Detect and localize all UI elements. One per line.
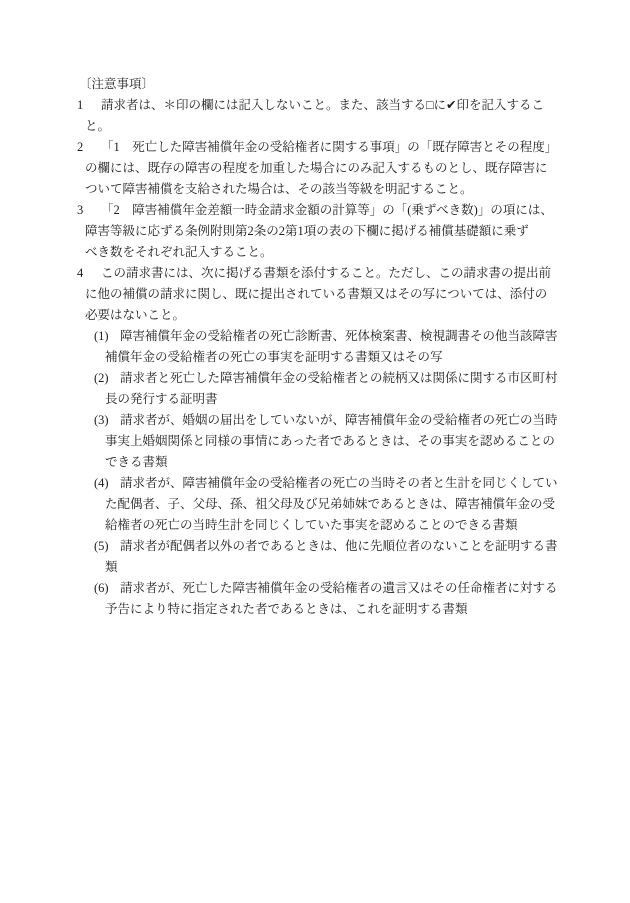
notes-section: 〔注意事項〕 1請求者は、＊印の欄には記入しないこと。また、該当する□に✔印を記…: [0, 74, 630, 620]
note-item: 3「2 障害補償年金差額一時金請求金額の計算等」の「(乗ずべき数)」の項には、障…: [0, 200, 630, 263]
note-line: (4)請求者が、障害補償年金の受給権者の死亡の当時その者と生計を同じくしてい: [0, 473, 630, 494]
note-marker: 1: [77, 95, 83, 116]
note-line: 補償年金の受給権者の死亡の事実を証明する書類又はその写: [0, 347, 630, 368]
note-marker: (5): [94, 536, 109, 557]
note-subitem: (4)請求者が、障害補償年金の受給権者の死亡の当時その者と生計を同じくしていた配…: [0, 473, 630, 536]
note-line: (6)請求者が、死亡した障害補償年金の受給権者の遺言又はその任命権者に対する: [0, 578, 630, 599]
document-page: 〔注意事項〕 1請求者は、＊印の欄には記入しないこと。また、該当する□に✔印を記…: [0, 0, 630, 903]
note-line: 長の発行する証明書: [0, 389, 630, 410]
note-item: 4この請求書には、次に掲げる書類を添付すること。ただし、この請求書の提出前に他の…: [0, 263, 630, 326]
note-line: (2)請求者と死亡した障害補償年金の受給権者との続柄又は関係に関する市区町村: [0, 368, 630, 389]
note-subitem: (2)請求者と死亡した障害補償年金の受給権者との続柄又は関係に関する市区町村長の…: [0, 368, 630, 410]
note-line: た配偶者、子、父母、孫、祖父母及び兄弟姉妹であるときは、障害補償年金の受: [0, 494, 630, 515]
note-line: できる書類: [0, 452, 630, 473]
note-line: 予告により特に指定された者であるときは、これを証明する書類: [0, 599, 630, 620]
note-subitem: (6)請求者が、死亡した障害補償年金の受給権者の遺言又はその任命権者に対する予告…: [0, 578, 630, 620]
note-line: 事実上婚姻関係と同様の事情にあった者であるときは、その事実を認めることの: [0, 431, 630, 452]
note-marker: (1): [94, 326, 109, 347]
notes-list: 1請求者は、＊印の欄には記入しないこと。また、該当する□に✔印を記入すること。2…: [0, 95, 630, 620]
note-marker: 3: [77, 200, 83, 221]
note-line: ついて障害補償を支給された場合は、その該当等級を明記すること。: [0, 179, 630, 200]
note-marker: 2: [77, 137, 83, 158]
note-marker: 4: [77, 263, 83, 284]
note-subitem: (3)請求者が、婚姻の届出をしていないが、障害補償年金の受給権者の死亡の当時事実…: [0, 410, 630, 473]
note-subitem: (1)障害補償年金の受給権者の死亡診断書、死体検案書、検視調書その他当該障害補償…: [0, 326, 630, 368]
note-marker: (4): [94, 473, 109, 494]
note-line: 2「1 死亡した障害補償年金の受給権者に関する事項」の「既存障害とその程度」: [0, 137, 630, 158]
note-line: 1請求者は、＊印の欄には記入しないこと。また、該当する□に✔印を記入するこ: [0, 95, 630, 116]
note-line: (1)障害補償年金の受給権者の死亡診断書、死体検案書、検視調書その他当該障害: [0, 326, 630, 347]
note-item: 2「1 死亡した障害補償年金の受給権者に関する事項」の「既存障害とその程度」の欄…: [0, 137, 630, 200]
note-line: の欄には、既存の障害の程度を加重した場合にのみ記入するものとし、既存障害に: [0, 158, 630, 179]
page-title: 〔注意事項〕: [0, 74, 630, 95]
note-line: (3)請求者が、婚姻の届出をしていないが、障害補償年金の受給権者の死亡の当時: [0, 410, 630, 431]
note-line: 給権者の死亡の当時生計を同じくしていた事実を認めることのできる書類: [0, 515, 630, 536]
note-marker: (3): [94, 410, 109, 431]
note-line: 類: [0, 557, 630, 578]
note-line: 4この請求書には、次に掲げる書類を添付すること。ただし、この請求書の提出前: [0, 263, 630, 284]
note-line: に他の補償の請求に関し、既に提出されている書類又はその写については、添付の: [0, 284, 630, 305]
note-line: 障害等級に応ずる条例附則第2条の2第1項の表の下欄に掲げる補償基礎額に乗ず: [0, 221, 630, 242]
note-marker: (6): [94, 578, 109, 599]
note-line: べき数をそれぞれ記入すること。: [0, 242, 630, 263]
note-item: 1請求者は、＊印の欄には記入しないこと。また、該当する□に✔印を記入すること。: [0, 95, 630, 137]
note-line: 必要はないこと。: [0, 305, 630, 326]
note-line: 3「2 障害補償年金差額一時金請求金額の計算等」の「(乗ずべき数)」の項には、: [0, 200, 630, 221]
note-marker: (2): [94, 368, 109, 389]
note-line: (5)請求者が配偶者以外の者であるときは、他に先順位者のないことを証明する書: [0, 536, 630, 557]
note-line: と。: [0, 116, 630, 137]
note-subitem: (5)請求者が配偶者以外の者であるときは、他に先順位者のないことを証明する書類: [0, 536, 630, 578]
